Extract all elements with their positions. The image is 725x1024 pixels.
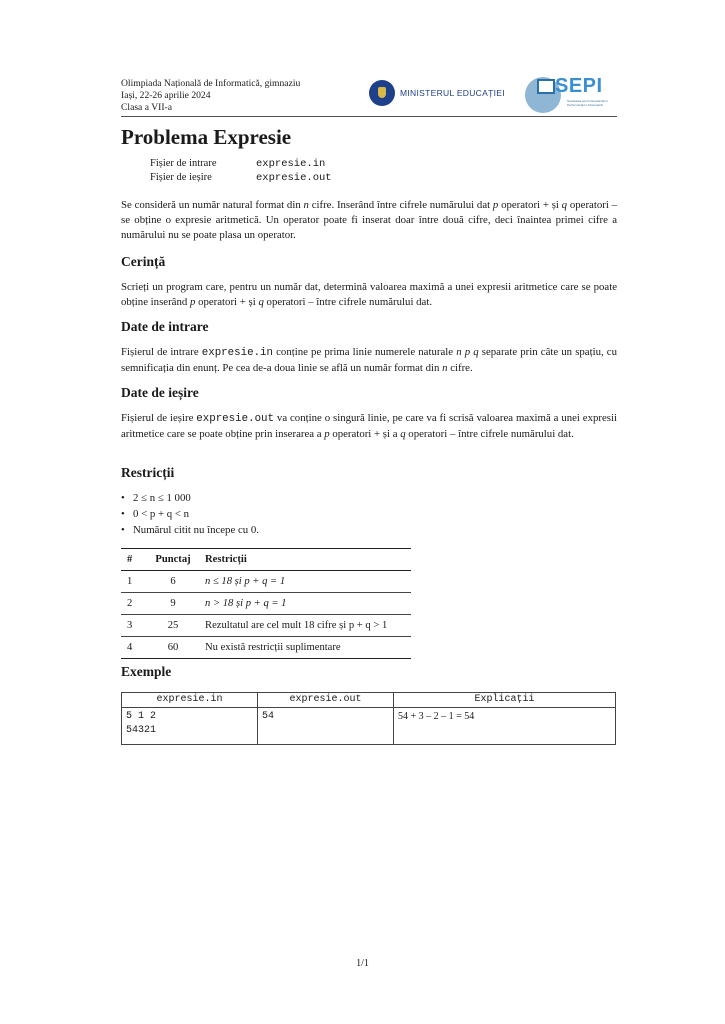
input-heading: Date de intrare [121,319,208,335]
table-row: 5 1 2 54321 54 54 + 3 – 2 – 1 = 54 [122,708,616,745]
examples-heading: Exemple [121,664,171,680]
example-output: 54 [258,708,394,745]
ministry-name: MINISTERUL EDUCAȚIEI [400,88,505,98]
sepi-subtitle: Societatea pentru Excelență și Performan… [567,99,611,107]
table-row: 3 25 Rezultatul are cel mult 18 cifre și… [121,615,411,637]
page-number: 1/1 [0,958,725,969]
list-item: 0 < p + q < n [121,506,259,522]
restrictions-list: 2 ≤ n ≤ 1 000 0 < p + q < n Numărul citi… [121,490,259,538]
example-explanation: 54 + 3 – 2 – 1 = 54 [394,708,616,745]
list-item: Numărul citit nu începe cu 0. [121,522,259,538]
page-title: Problema Expresie [121,125,291,150]
requirement-heading: Cerință [121,254,165,270]
table-row: 4 60 Nu există restricții suplimentare [121,637,411,659]
ministry-logo: MINISTERUL EDUCAȚIEI [369,80,505,106]
output-text: Fișierul de ieșire expresie.out va conți… [121,411,617,442]
input-file-label: Fișier de intrare [150,157,256,171]
column-header: expresie.in [122,693,258,708]
page-header: Olimpiada Națională de Informatică, gimn… [121,78,616,116]
output-file-label: Fișier de ieșire [150,171,256,185]
file-info: Fișier de intrare expresie.in Fișier de … [150,157,332,185]
restrictions-heading: Restricții [121,465,174,481]
column-header: Restricții [199,549,411,571]
header-divider [121,116,617,117]
input-file-name: expresie.in [256,157,325,171]
location-date: Iași, 22-26 aprilie 2024 [121,90,300,102]
output-file-name: expresie.out [256,171,332,185]
sepi-logo: SEPI Societatea pentru Excelență și Perf… [519,75,619,117]
olympiad-name: Olimpiada Națională de Informatică, gimn… [121,78,300,90]
contest-info: Olimpiada Națională de Informatică, gimn… [121,78,300,114]
column-header: Punctaj [145,549,199,571]
grade: Clasa a VII-a [121,102,300,114]
table-row: 1 6 n ≤ 18 și p + q = 1 [121,571,411,593]
list-item: 2 ≤ n ≤ 1 000 [121,490,259,506]
table-row: 2 9 n > 18 și p + q = 1 [121,593,411,615]
computer-icon [537,79,555,94]
scoring-table: # Punctaj Restricții 1 6 n ≤ 18 și p + q… [121,548,411,659]
coat-of-arms-icon [369,80,395,106]
requirement-text: Scrieți un program care, pentru un număr… [121,280,617,310]
sepi-name: SEPI [555,75,603,98]
examples-table: expresie.in expresie.out Explicații 5 1 … [121,692,616,745]
problem-statement: Se consideră un număr natural format din… [121,198,617,243]
column-header: Explicații [394,693,616,708]
column-header: expresie.out [258,693,394,708]
input-text: Fișierul de intrare expresie.in conține … [121,345,617,376]
output-heading: Date de ieșire [121,385,199,401]
column-header: # [121,549,145,571]
example-input: 5 1 2 54321 [122,708,258,745]
